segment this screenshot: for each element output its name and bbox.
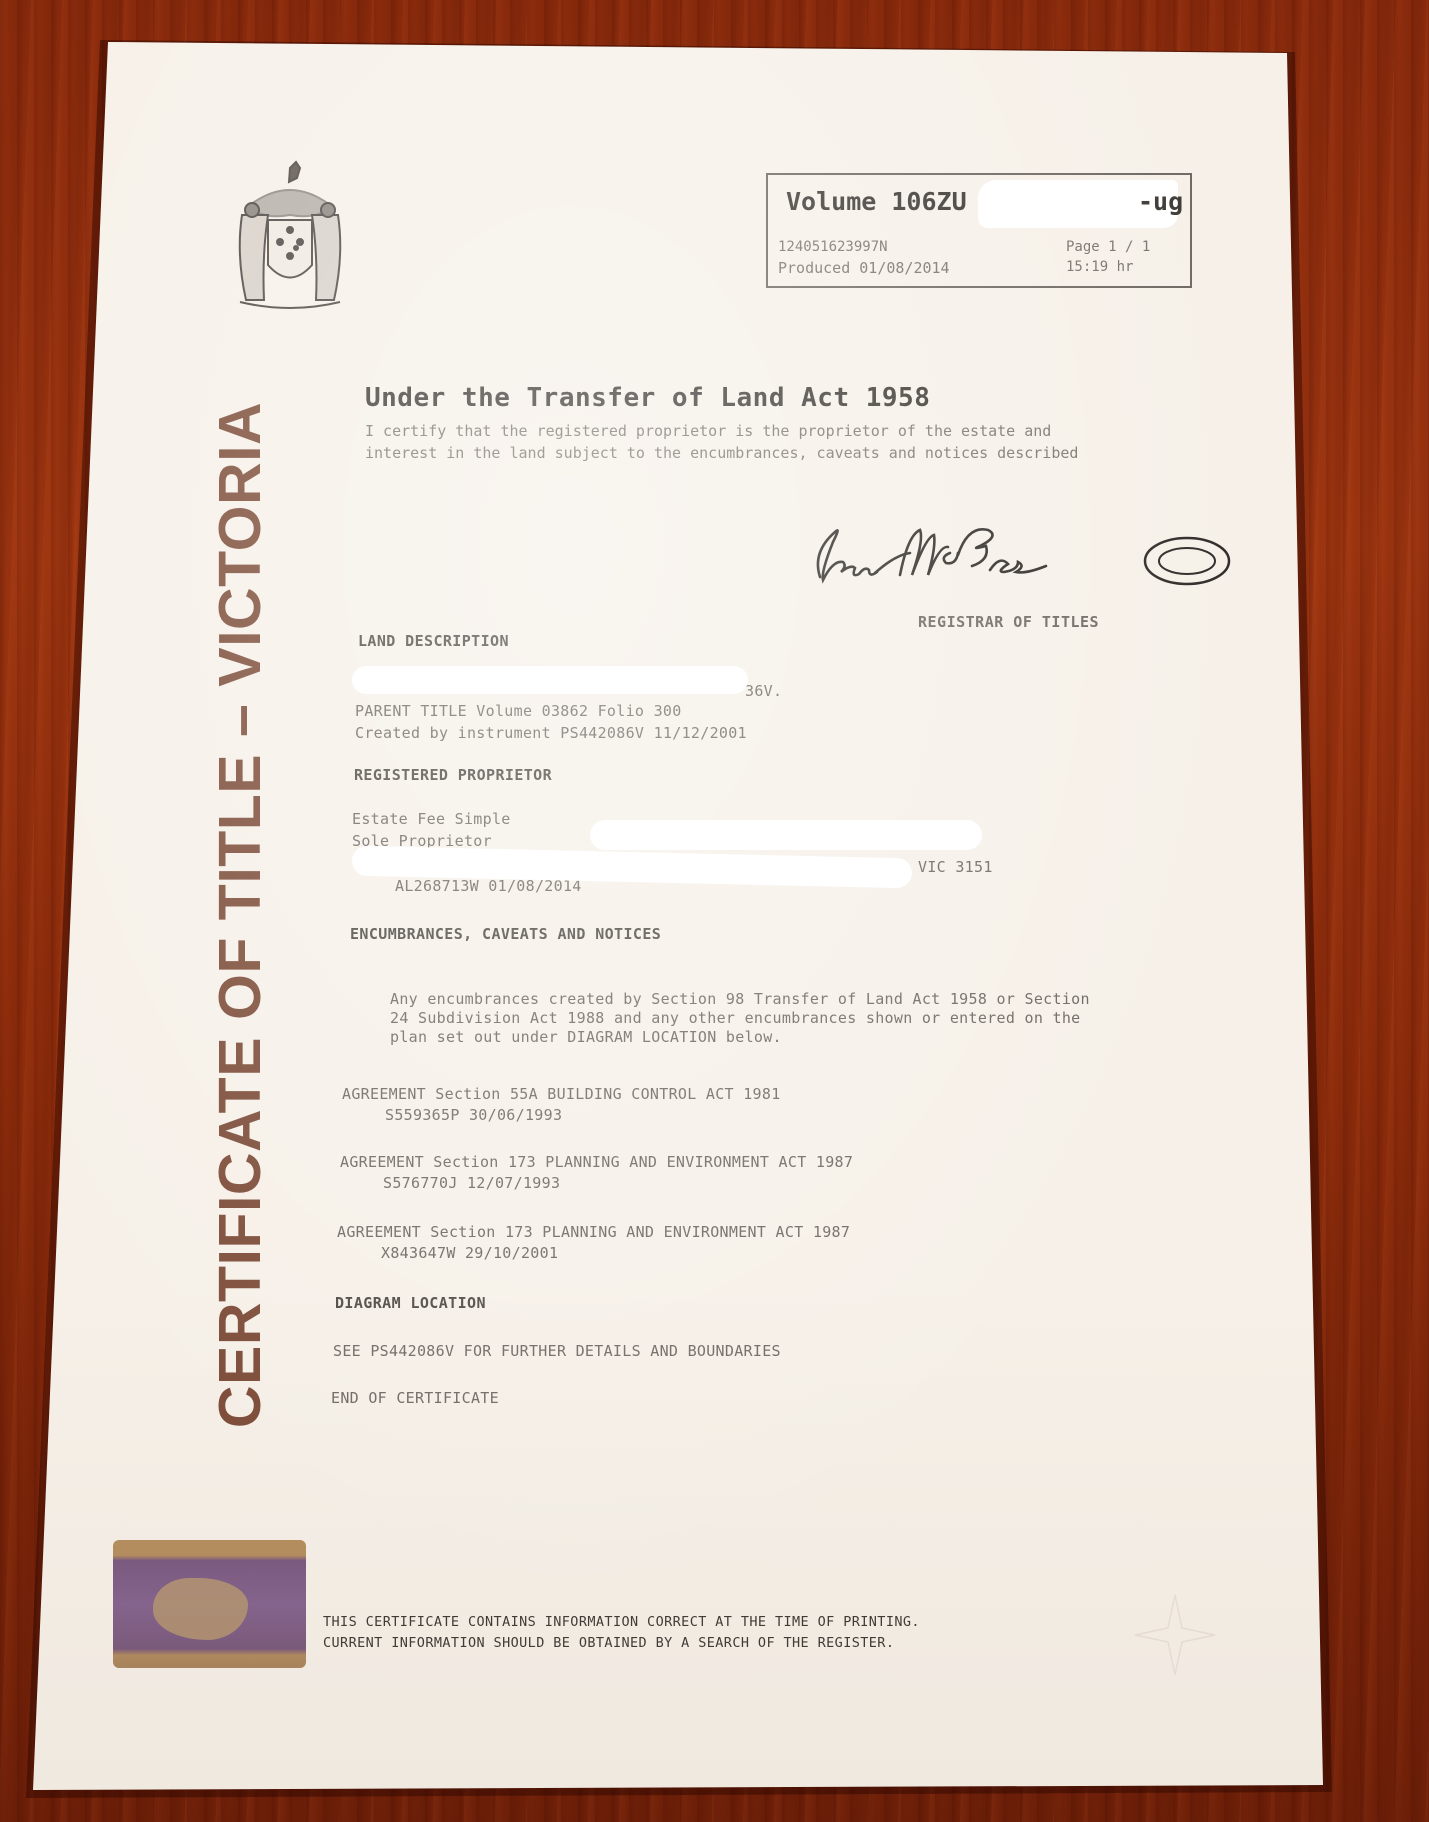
section-heading-land-description: LAND DESCRIPTION [358,632,509,650]
folio-number-partial: -ug [1138,187,1183,216]
certify-line: interest in the land subject to the encu… [365,442,1245,464]
agreement-title: AGREEMENT Section 173 PLANNING AND ENVIR… [340,1153,853,1171]
footer-line: THIS CERTIFICATE CONTAINS INFORMATION CO… [323,1612,920,1633]
volume-number: Volume 106ZU [786,187,967,216]
redaction-mark [352,846,913,889]
land-description-partial: 36V. [745,682,782,700]
encumbrances-paragraph: Any encumbrances created by Section 98 T… [390,990,1260,1047]
produced-time: 15:19 hr [1066,259,1133,275]
seal-icon [1142,535,1232,587]
agreement-reference: S576770J 12/07/1993 [383,1174,560,1192]
end-of-certificate: END OF CERTIFICATE [331,1389,499,1407]
certification-statement: I certify that the registered proprietor… [365,420,1245,464]
volume-info-box: Volume 106ZU -ug 124051623997N Produced … [766,173,1192,288]
vertical-document-title: CERTIFICATE OF TITLE – VICTORIA [195,395,285,1435]
estate-type: Estate Fee Simple [352,810,511,828]
footer-line: CURRENT INFORMATION SHOULD BE OBTAINED B… [323,1633,920,1654]
created-by-instrument: Created by instrument PS442086V 11/12/20… [355,724,747,742]
agreement-title: AGREEMENT Section 173 PLANNING AND ENVIR… [337,1223,850,1241]
registrar-label: REGISTRAR OF TITLES [918,613,1099,631]
proprietor-instrument: AL268713W 01/08/2014 [395,877,582,895]
act-title: Under the Transfer of Land Act 1958 [365,383,930,413]
diagram-location-text: SEE PS442086V FOR FURTHER DETAILS AND BO… [333,1342,781,1360]
proprietor-type: Sole Proprietor [352,832,492,850]
certify-line: I certify that the registered proprietor… [365,420,1245,442]
australia-hologram-icon [113,1540,306,1668]
redaction-mark [978,180,1178,228]
proprietor-address-partial: VIC 3151 [918,858,993,876]
redaction-mark [352,666,748,694]
produced-date: Produced 01/08/2014 [778,259,950,277]
section-heading-registered-proprietor: REGISTERED PROPRIETOR [354,766,552,784]
coat-of-arms-icon [220,160,360,320]
parent-title: PARENT TITLE Volume 03862 Folio 300 [355,702,682,720]
agreement-reference: S559365P 30/06/1993 [385,1106,562,1124]
page-number: Page 1 / 1 [1066,239,1150,255]
australia-map-shape [153,1578,248,1640]
footer-disclaimer: THIS CERTIFICATE CONTAINS INFORMATION CO… [323,1612,920,1654]
star-watermark-icon [1130,1590,1220,1680]
certificate-paper: CERTIFICATE OF TITLE – VICTORIA Volume 1… [0,0,1429,1822]
redaction-mark [590,820,982,850]
section-heading-diagram-location: DIAGRAM LOCATION [335,1294,486,1312]
agreement-reference: X843647W 29/10/2001 [381,1244,558,1262]
section-heading-encumbrances: ENCUMBRANCES, CAVEATS AND NOTICES [350,925,661,943]
paragraph-line: 24 Subdivision Act 1988 and any other en… [390,1009,1260,1028]
paragraph-line: plan set out under DIAGRAM LOCATION belo… [390,1028,1260,1047]
signature-icon [800,515,1120,590]
agreement-title: AGREEMENT Section 55A BUILDING CONTROL A… [342,1085,781,1103]
vertical-title-text: CERTIFICATE OF TITLE – VICTORIA [206,402,274,1428]
reference-number: 124051623997N [778,239,888,255]
paragraph-line: Any encumbrances created by Section 98 T… [390,990,1260,1009]
